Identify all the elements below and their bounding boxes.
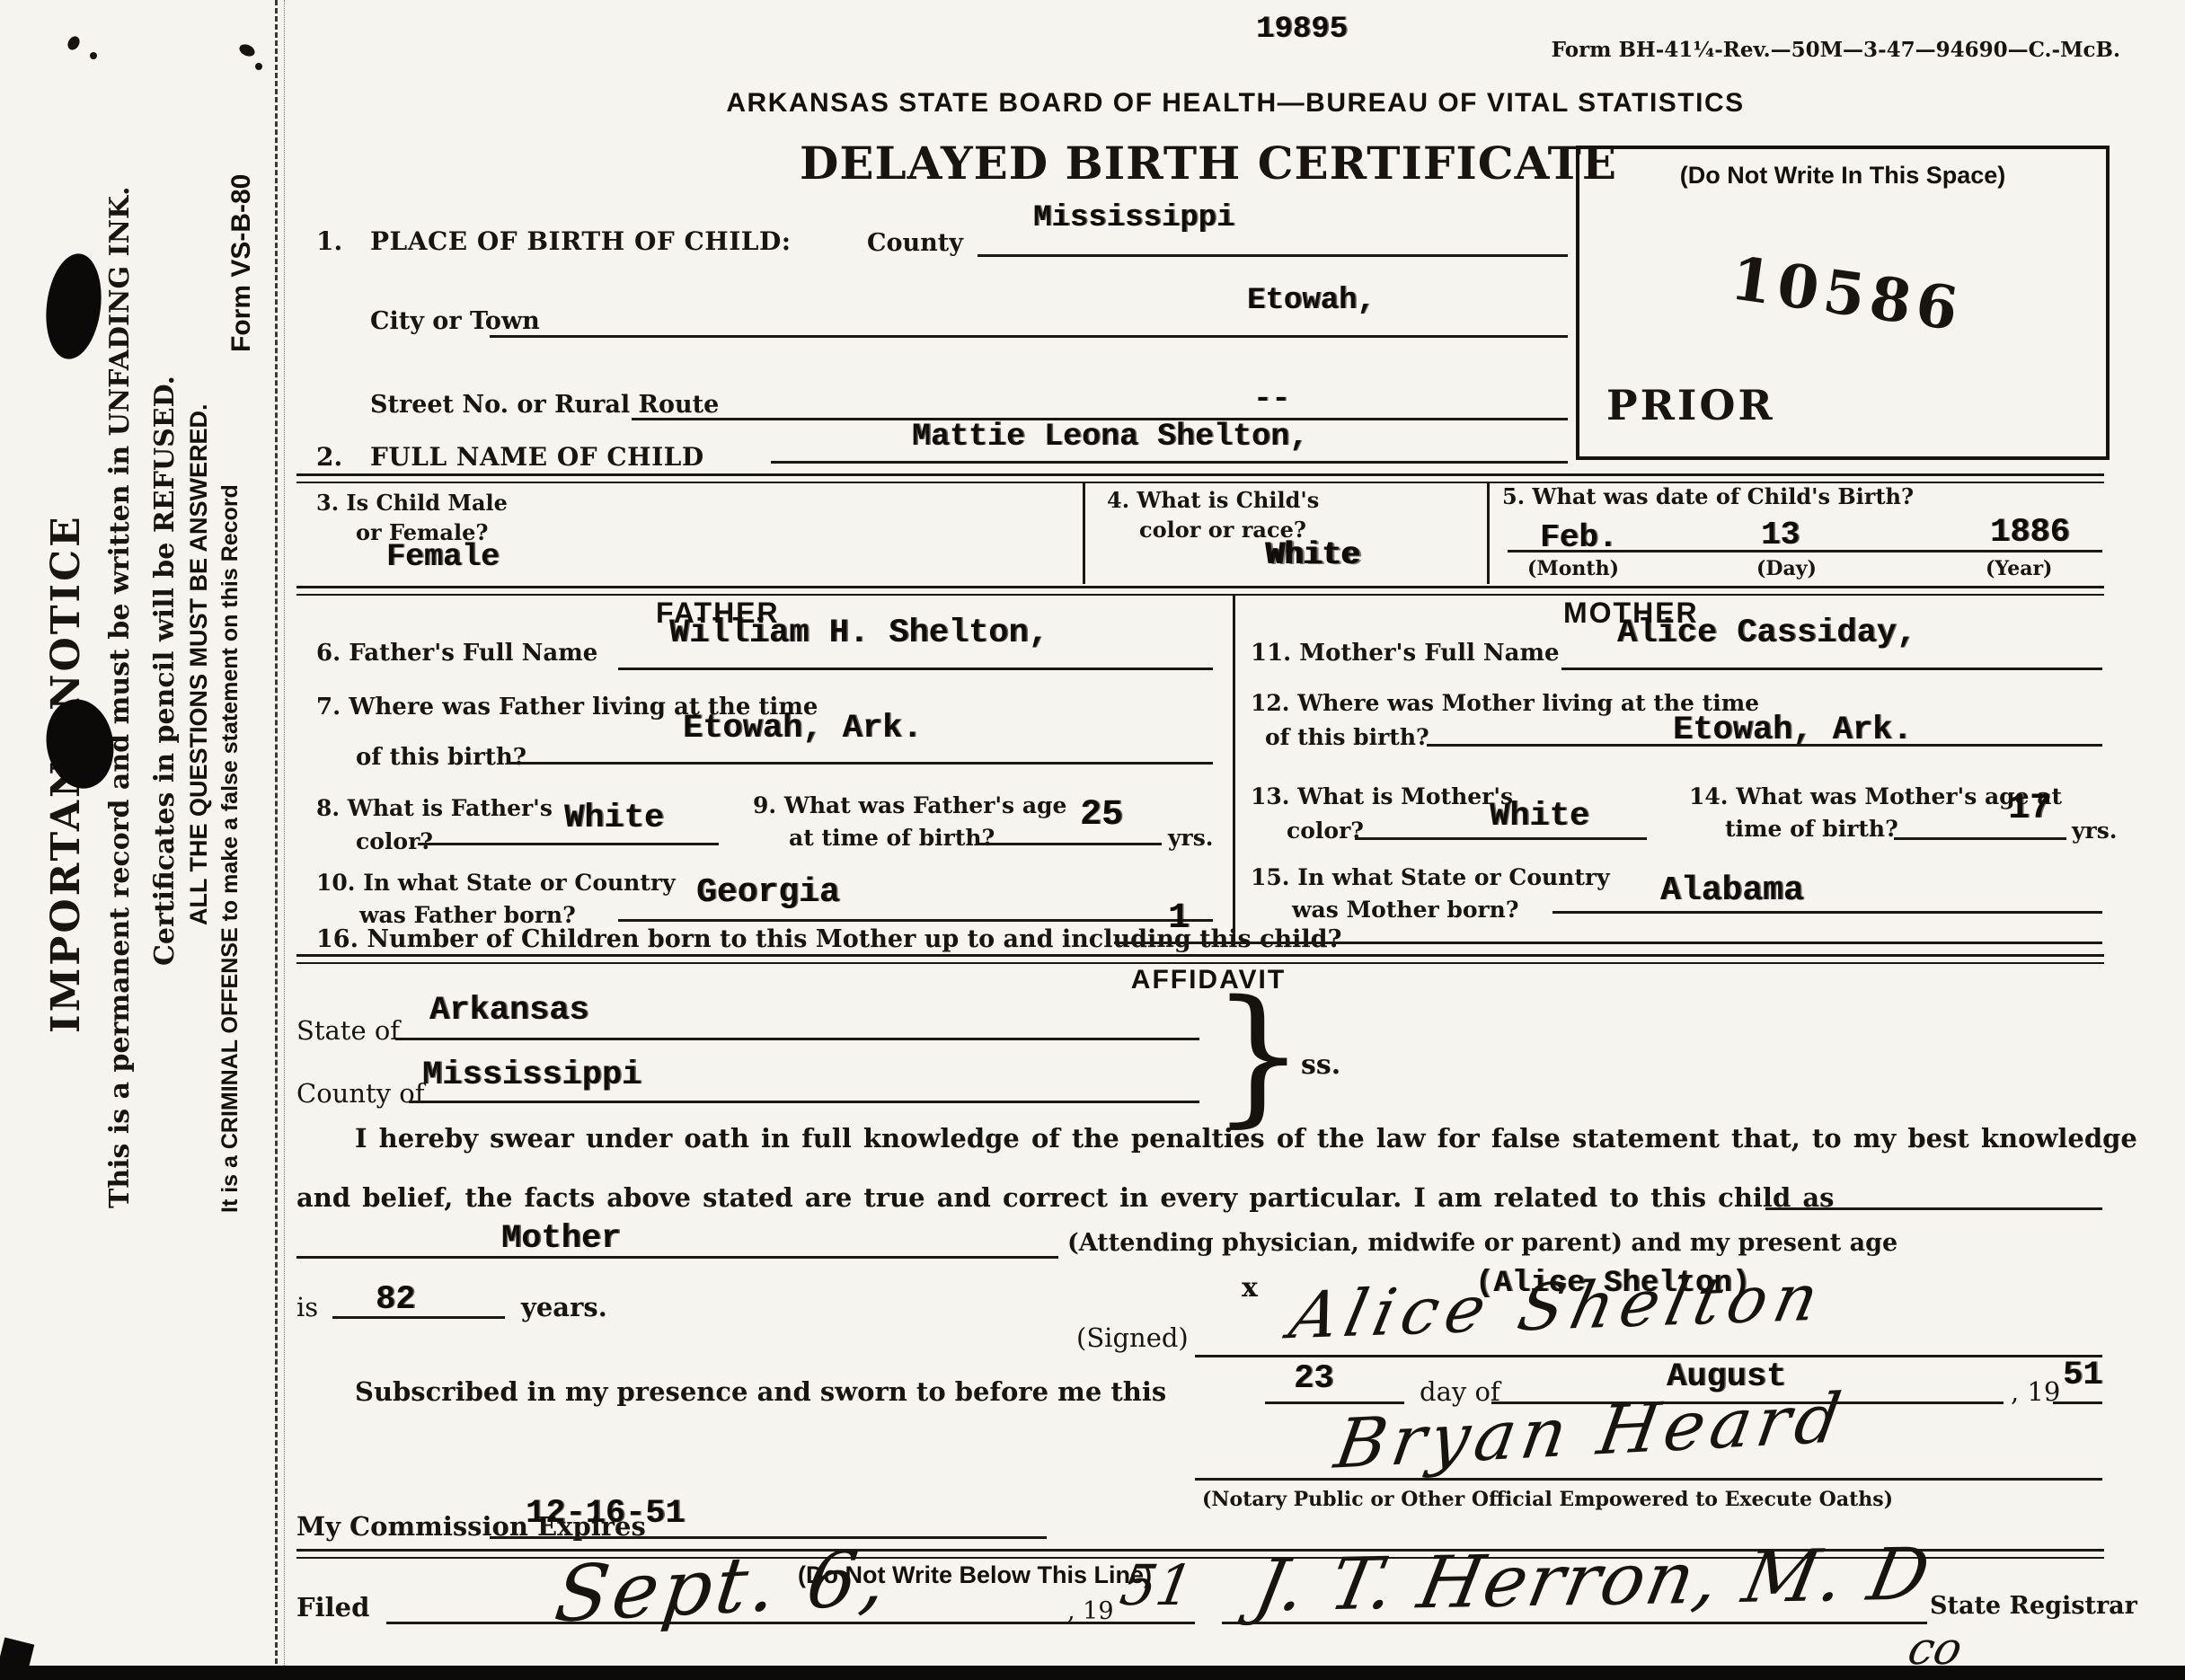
q4-value: White [1265,537,1359,573]
registrar-label: State Registrar [1930,1592,2137,1620]
q10-value: Georgia [696,873,840,912]
serial-number: 19895 [1256,13,1348,47]
form-reference: Form BH-41¼-Rev.—50M—3-47—94690—C.-McB. [1455,38,2120,62]
oath-line2: and belief, the facts above stated are t… [296,1182,1834,1213]
affidavit-county-label: County of [296,1078,424,1109]
q13-value: White [1490,798,1589,836]
relation-rule [296,1256,1058,1259]
affidavit-brace: } [1211,968,1305,1141]
q5-label: 5. What was date of Child's Birth? [1502,483,1914,509]
age-value: 82 [376,1281,415,1319]
q1-county-rule [977,254,1568,257]
x-mark: x [1242,1272,1258,1304]
q3-value: Female [386,539,500,575]
q1-label: PLACE OF BIRTH OF CHILD: [370,226,792,256]
q1-county-label: County [867,229,963,257]
q15-label-line2: was Mother born? [1292,897,1519,923]
attending-note: (Attending physician, midwife or parent)… [1067,1229,1897,1257]
ink-speck [255,63,262,70]
certificate-number-stamp: 10586 [1727,243,1968,344]
sworn-year-rule [2053,1401,2102,1404]
sidebar-divider-line [275,0,278,1680]
q12-rule [1427,744,2102,747]
section-divider [296,954,2104,964]
q10-label-line1: 10. In what State or Country [316,870,676,896]
sidebar-divider-line-2 [284,0,285,1680]
notary-label: (Notary Public or Other Official Empower… [1202,1488,1893,1511]
q8-label-line1: 8. What is Father's [316,795,553,821]
q3-label-line1: 3. Is Child Male [316,490,508,516]
registrar-signature: J. T. Herron, M. D [1249,1532,1938,1627]
q13-label-line1: 13. What is Mother's [1251,783,1513,809]
delayed-birth-certificate-document: Form VS-B-80 IMPORTANT NOTICE This is a … [0,0,2185,1680]
q7-label-line2: of this birth? [356,744,526,771]
signed-rule [1195,1355,2102,1357]
sidebar-notice-line3: ALL THE QUESTIONS MUST BE ANSWERED. [185,403,213,925]
affidavit-state-rule [395,1038,1199,1040]
q9-units: yrs. [1168,825,1213,851]
ink-speck [66,34,82,52]
q16-value: 1 [1168,898,1190,939]
sidebar-notice-line4: It is a CRIMINAL OFFENSE to make a false… [217,484,243,1213]
q8-value: White [564,800,664,837]
q4-q5-divider [1487,482,1490,584]
age-suffix: years. [521,1292,607,1322]
q11-value: Alice Cassiday, [1617,615,1916,652]
q14-value: 17 [2008,789,2051,829]
sworn-year-value: 51 [2063,1357,2102,1394]
ink-speck [90,52,97,59]
q1-city-label: City or Town [370,307,540,335]
q12-label-line2: of this birth? [1265,724,1429,750]
prior-stamp: PRIOR [1606,381,1775,429]
ink-speck [237,42,256,58]
ink-blot [40,251,107,362]
q9-label-line2: at time of birth? [789,825,995,851]
q1-street-label: Street No. or Rural Route [370,391,719,419]
q5-year-value: 1886 [1990,514,2070,552]
q9-label-line1: 9. What was Father's age [753,792,1066,818]
q3-q4-divider [1083,482,1085,584]
q9-value: 25 [1080,795,1123,836]
q1-city-rule [490,335,1568,338]
notary-signature: Bryan Heard [1330,1377,1852,1483]
sidebar-form-number: Form VS-B-80 [226,174,257,352]
filed-rule [386,1622,1195,1624]
subscribed-text: Subscribed in my presence and sworn to b… [355,1376,1166,1407]
q1-street-value: -- [1253,383,1290,417]
sidebar-notice-line1: This is a permanent record and must be w… [104,186,136,1208]
scan-edge-bar [0,1666,2185,1680]
relation-rule-tail [1765,1207,2102,1210]
q13-rule [1355,837,1647,840]
q13-label-line2: color? [1287,818,1364,844]
q16-rule [1114,942,2102,944]
affidavit-state-value: Arkansas [429,992,589,1030]
section-divider [296,473,2104,483]
q11-label: 11. Mother's Full Name [1251,640,1560,667]
signed-label: (Signed) [1076,1322,1189,1353]
do-not-write-label: (Do Not Write In This Space) [1579,162,2106,190]
affidavit-state-label: State of [296,1015,400,1046]
q8-rule [418,843,719,845]
father-mother-divider [1233,595,1235,945]
q5-day-label: (Day) [1756,557,1817,580]
q4-label-line1: 4. What is Child's [1107,487,1319,513]
q1-city-value: Etowah, [1247,284,1376,318]
q11-rule [1561,668,2102,670]
q5-month-label: (Month) [1527,557,1619,580]
do-not-write-box: (Do Not Write In This Space) 10586 PRIOR [1576,146,2110,460]
commission-rule [490,1536,1047,1539]
q6-value: William H. Shelton, [669,615,1048,652]
filed-year-handwritten: 51 [1116,1552,1199,1618]
q2-value: Mattie Leona Shelton, [912,419,1308,455]
age-rule [332,1316,505,1319]
notary-rule [1195,1478,2102,1481]
q5-year-label: (Year) [1986,557,2052,580]
q15-value: Alabama [1660,871,1804,910]
q2-label: FULL NAME OF CHILD [370,442,704,472]
q15-label-line1: 15. In what State or Country [1251,864,1610,890]
affidavit-county-value: Mississippi [422,1057,641,1094]
q2-rule [771,461,1568,464]
affidavit-county-rule [409,1101,1199,1103]
sworn-day-value: 23 [1294,1360,1333,1398]
q9-rule [977,843,1162,845]
q7-rule [510,762,1213,765]
age-prefix: is [296,1292,318,1322]
affidavit-ss-label: ss. [1301,1049,1340,1081]
q14-label-line2: time of birth? [1725,816,1898,842]
q14-units: yrs. [2072,818,2117,844]
q14-label-line1: 14. What was Mother's age at [1689,783,2062,809]
q2-number: 2. [316,442,342,472]
registrar-rule [1222,1622,1927,1624]
filed-label: Filed [296,1592,369,1623]
affidavit-header: AFFIDAVIT [939,965,1478,995]
q5-rule [1508,550,2102,553]
q8-label-line2: color? [356,828,433,854]
section-divider [296,586,2104,596]
q5-day-value: 13 [1761,517,1800,553]
q10-label-line2: was Father born? [359,902,576,928]
q14-rule [1894,837,2066,840]
sidebar-notice-line2: Certificates in pencil will be REFUSED. [149,376,181,966]
q10-rule [618,919,1213,922]
agency-title: ARKANSAS STATE BOARD OF HEALTH—BUREAU OF… [341,88,2129,119]
oath-line1: I hereby swear under oath in full knowle… [355,1123,2137,1154]
q1-number: 1. [316,226,342,256]
q7-value: Etowah, Ark. [683,710,922,747]
commission-value: 12-16-51 [526,1495,686,1533]
q6-rule [618,668,1213,670]
affiant-signature: Alice Shelton [1284,1260,1833,1353]
q6-label: 6. Father's Full Name [316,640,597,667]
q1-county-value: Mississippi [1033,201,1234,235]
q15-rule [1552,911,2102,914]
relation-value: Mother [501,1220,621,1258]
